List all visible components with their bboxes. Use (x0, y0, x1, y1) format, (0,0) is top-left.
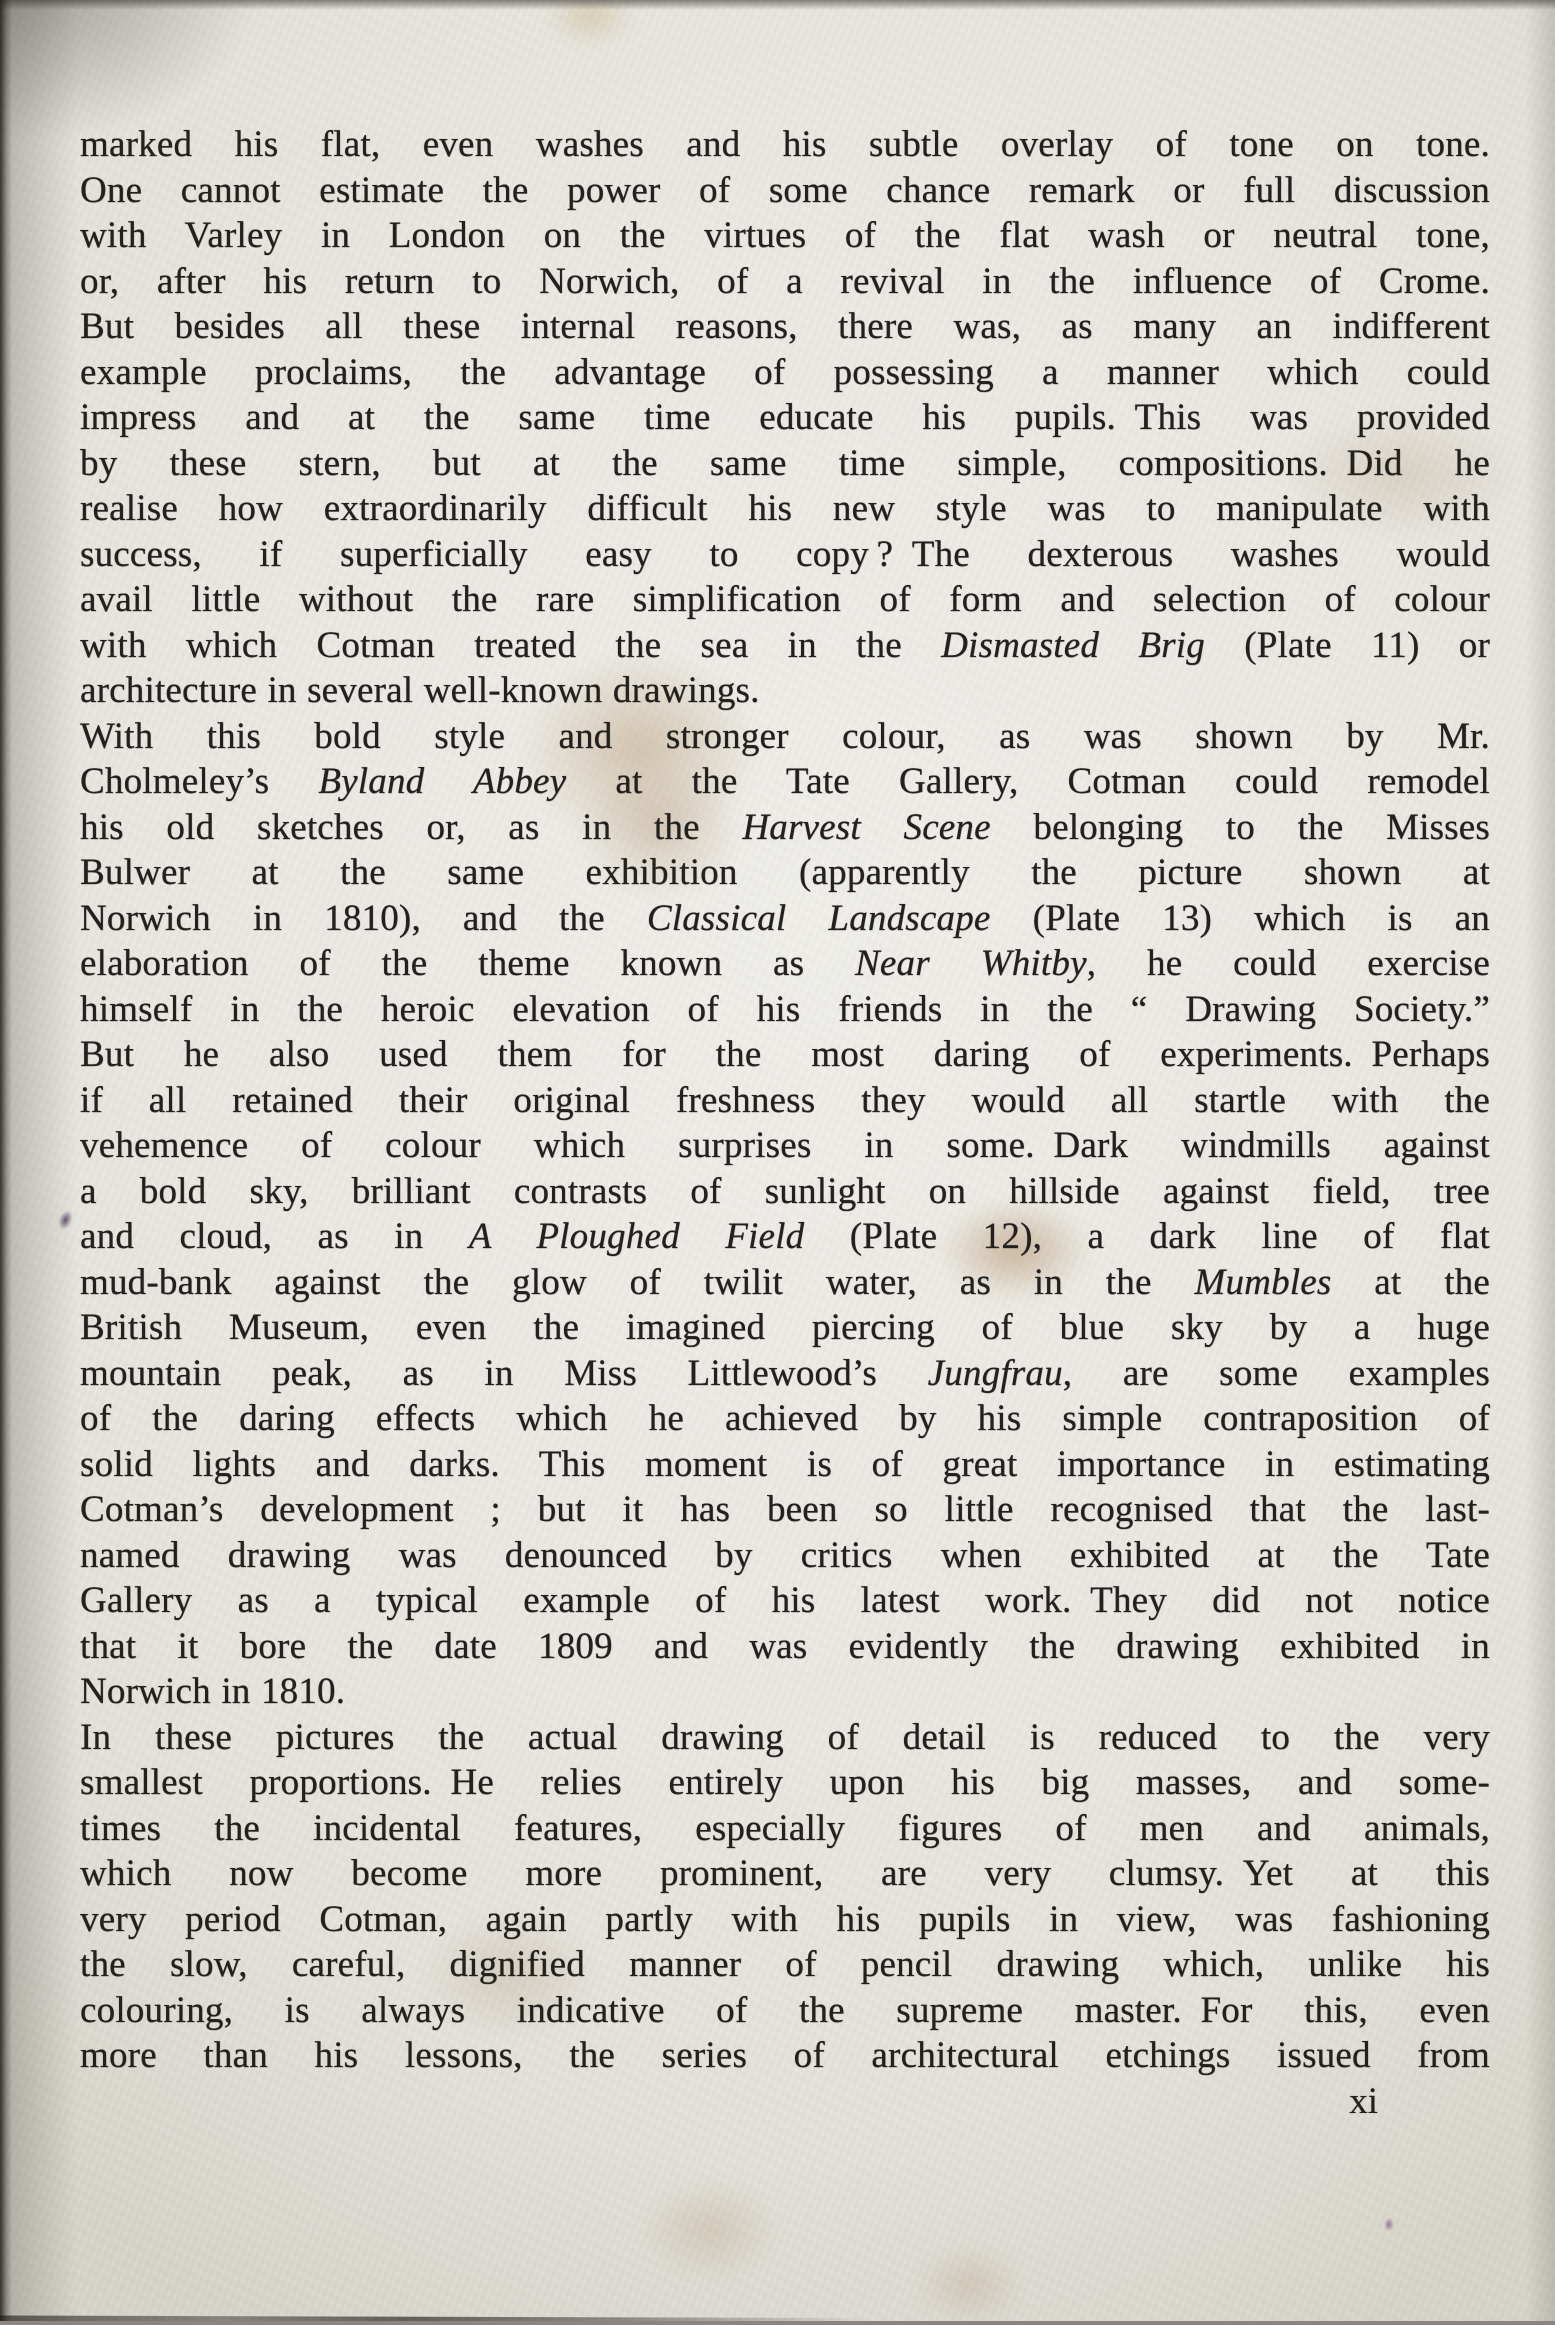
text-segment: (Plate 13) which is an (991, 898, 1490, 939)
artwork-title: Byland Abbey (318, 761, 566, 802)
text-line: With this bold style and stronger colour… (80, 714, 1490, 760)
text-line: with which Cotman treated the sea in the… (80, 623, 1490, 669)
text-line: very period Cotman, again partly with hi… (80, 1897, 1490, 1943)
page-edge-left (0, 0, 12, 2321)
text-segment: Norwich in 1810), and the (80, 898, 647, 939)
text-segment: success, if superficially easy to copy ?… (80, 534, 1490, 575)
text-line: impress and at the same time educate his… (80, 395, 1490, 441)
text-segment: which now become more prominent, are ver… (80, 1853, 1490, 1894)
text-segment: (Plate 12), a dark line of flat (804, 1216, 1490, 1257)
text-line: and cloud, as in A Ploughed Field (Plate… (80, 1214, 1490, 1260)
text-segment: at the Tate Gallery, Cotman could remode… (566, 761, 1490, 802)
text-segment: with which Cotman treated the sea in the (80, 625, 941, 666)
text-segment: if all retained their original freshness… (80, 1080, 1490, 1121)
text-segment: named drawing was denounced by critics w… (80, 1535, 1490, 1576)
text-segment: example proclaims, the advantage of poss… (80, 352, 1490, 393)
page-edge-shadow-top (0, 0, 1555, 10)
text-segment: impress and at the same time educate his… (80, 397, 1490, 438)
text-segment: by these stern, but at the same time sim… (80, 443, 1490, 484)
text-segment: a bold sky, brilliant contrasts of sunli… (80, 1171, 1490, 1212)
text-segment: Cotman’s development ; but it has been s… (80, 1489, 1490, 1530)
text-line: if all retained their original freshness… (80, 1078, 1490, 1124)
text-line: Bulwer at the same exhibition (apparentl… (80, 850, 1490, 896)
stain (640, 2180, 780, 2280)
text-line: example proclaims, the advantage of poss… (80, 350, 1490, 396)
text-line: named drawing was denounced by critics w… (80, 1533, 1490, 1579)
artwork-title: Classical Landscape (647, 898, 991, 939)
text-line: avail little without the rare simplifica… (80, 577, 1490, 623)
text-segment: , are some examples (1063, 1353, 1490, 1394)
artwork-title: Jungfrau (928, 1353, 1063, 1394)
text-segment: British Museum, even the imagined pierci… (80, 1307, 1490, 1348)
text-line: times the incidental features, especiall… (80, 1806, 1490, 1852)
text-segment: (Plate 11) or (1205, 625, 1490, 666)
text-line: a bold sky, brilliant contrasts of sunli… (80, 1169, 1490, 1215)
text-line: architecture in several well-known drawi… (80, 668, 1490, 714)
text-segment: times the incidental features, especiall… (80, 1808, 1490, 1849)
text-segment: that it bore the date 1809 and was evide… (80, 1626, 1490, 1667)
text-segment: , he could exercise (1087, 943, 1490, 984)
text-segment: mountain peak, as in Miss Littlewood’s (80, 1353, 928, 1394)
text-segment: Norwich in 1810. (80, 1671, 345, 1712)
text-segment: mud-bank against the glow of twilit wate… (80, 1262, 1194, 1303)
text-line: Cotman’s development ; but it has been s… (80, 1487, 1490, 1533)
paper-speck (1384, 2218, 1394, 2231)
text-line: more than his lessons, the series of arc… (80, 2033, 1490, 2079)
text-line: Norwich in 1810), and the Classical Land… (80, 896, 1490, 942)
text-line: that it bore the date 1809 and was evide… (80, 1624, 1490, 1670)
text-segment: Cholmeley’s (80, 761, 318, 802)
text-line: himself in the heroic elevation of his f… (80, 987, 1490, 1033)
stain (915, 2245, 1025, 2321)
text-segment: and cloud, as in (80, 1216, 469, 1257)
text-segment: realise how extraordinarily difficult hi… (80, 488, 1490, 529)
text-segment: With this bold style and stronger colour… (80, 716, 1490, 757)
text-line: or, after his return to Norwich, of a re… (80, 259, 1490, 305)
artwork-title: A Ploughed Field (469, 1216, 805, 1257)
text-line: Gallery as a typical example of his late… (80, 1578, 1490, 1624)
page-text: marked his flat, even washes and his sub… (80, 122, 1490, 2079)
text-segment: himself in the heroic elevation of his f… (80, 989, 1490, 1030)
text-line: smallest proportions. He relies entirely… (80, 1760, 1490, 1806)
text-segment: or, after his return to Norwich, of a re… (80, 261, 1490, 302)
text-line: the slow, careful, dignified manner of p… (80, 1942, 1490, 1988)
page-number: xi (80, 2079, 1490, 2125)
text-segment: vehemence of colour which surprises in s… (80, 1125, 1490, 1166)
text-segment: But besides all these internal reasons, … (80, 306, 1490, 347)
text-segment: But he also used them for the most darin… (80, 1034, 1490, 1075)
text-line: of the daring effects which he achieved … (80, 1396, 1490, 1442)
text-segment: marked his flat, even washes and his sub… (80, 124, 1490, 165)
text-line: elaboration of the theme known as Near W… (80, 941, 1490, 987)
text-segment: avail little without the rare simplifica… (80, 579, 1490, 620)
text-line: solid lights and darks. This moment is o… (80, 1442, 1490, 1488)
text-segment: One cannot estimate the power of some ch… (80, 170, 1490, 211)
text-segment: his old sketches or, as in the (80, 807, 742, 848)
text-segment: smallest proportions. He relies entirely… (80, 1762, 1490, 1803)
text-line: One cannot estimate the power of some ch… (80, 168, 1490, 214)
text-line: Cholmeley’s Byland Abbey at the Tate Gal… (80, 759, 1490, 805)
text-line: British Museum, even the imagined pierci… (80, 1305, 1490, 1351)
artwork-title: Harvest Scene (742, 807, 990, 848)
text-segment: of the daring effects which he achieved … (80, 1398, 1490, 1439)
text-line: colouring, is always indicative of the s… (80, 1988, 1490, 2034)
text-segment: with Varley in London on the virtues of … (80, 215, 1490, 256)
text-segment: Bulwer at the same exhibition (apparentl… (80, 852, 1490, 893)
text-segment: elaboration of the theme known as (80, 943, 855, 984)
text-segment: In these pictures the actual drawing of … (80, 1717, 1490, 1758)
text-line: his old sketches or, as in the Harvest S… (80, 805, 1490, 851)
text-line: by these stern, but at the same time sim… (80, 441, 1490, 487)
text-segment: architecture in several well-known drawi… (80, 670, 760, 711)
text-line: success, if superficially easy to copy ?… (80, 532, 1490, 578)
text-line: But he also used them for the most darin… (80, 1032, 1490, 1078)
text-segment: belonging to the Misses (991, 807, 1490, 848)
text-line: mud-bank against the glow of twilit wate… (80, 1260, 1490, 1306)
artwork-title: Mumbles (1194, 1262, 1331, 1303)
artwork-title: Dismasted Brig (941, 625, 1205, 666)
text-segment: more than his lessons, the series of arc… (80, 2035, 1490, 2076)
text-line: which now become more prominent, are ver… (80, 1851, 1490, 1897)
text-segment: colouring, is always indicative of the s… (80, 1990, 1490, 2031)
text-segment: Gallery as a typical example of his late… (80, 1580, 1490, 1621)
text-segment: very period Cotman, again partly with hi… (80, 1899, 1490, 1940)
text-line: marked his flat, even washes and his sub… (80, 122, 1490, 168)
text-segment: the slow, careful, dignified manner of p… (80, 1944, 1490, 1985)
text-line: realise how extraordinarily difficult hi… (80, 486, 1490, 532)
text-segment: solid lights and darks. This moment is o… (80, 1444, 1490, 1485)
artwork-title: Near Whitby (855, 943, 1087, 984)
text-line: In these pictures the actual drawing of … (80, 1715, 1490, 1761)
text-line: with Varley in London on the virtues of … (80, 213, 1490, 259)
scanned-book-page: marked his flat, even washes and his sub… (0, 0, 1555, 2321)
text-line: vehemence of colour which surprises in s… (80, 1123, 1490, 1169)
text-line: But besides all these internal reasons, … (80, 304, 1490, 350)
text-line: Norwich in 1810. (80, 1669, 1490, 1715)
text-line: mountain peak, as in Miss Littlewood’s J… (80, 1351, 1490, 1397)
text-segment: at the (1331, 1262, 1490, 1303)
page-edge-shadow-right (1525, 0, 1555, 2321)
